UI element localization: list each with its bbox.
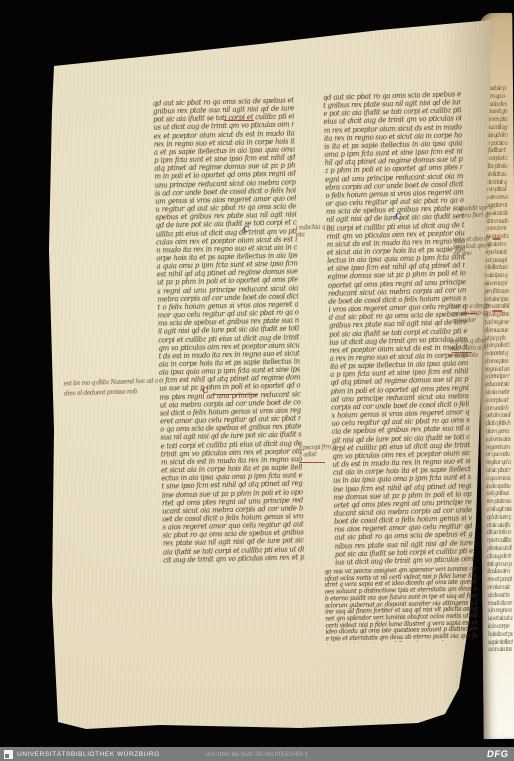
margin-note-right-2: nota et deo ut spm lcat qm finit vno [453,235,492,264]
margin-note-right-4: vns vlo q dbm nuc Chlm si lvera vpvola [450,337,489,364]
institution-label: UNIVERSITÄTSBIBLIOTHEK WÜRZBURG [17,751,160,758]
red-rubric-mark [493,238,501,240]
text-addendum-block: qd nisi vlt pdictis assignet qm splendor… [324,566,478,643]
text-column-left: qd aut sic pbat ro qa oms scia de spebus… [153,96,305,564]
red-underline [452,352,472,353]
viewer-footer-bar: UNIVERSITÄTSBIBLIOTHEK WÜRZBURG urn:nbn:… [0,747,514,761]
manuscript-scan-viewer: qd aut sic pbat ro qa oms scia de spebus… [0,0,514,761]
red-underline [299,462,325,463]
blue-paragraph-initial: C [243,225,249,233]
margin-note-left: est bn mo q dlibz Nassend hoc ad adinv n… [64,376,161,410]
margin-note-intercolumn-2: Epscopi frm qz adist [299,443,339,460]
red-paragraph-initial: C [202,386,208,394]
red-rubric-mark [492,310,502,312]
margin-note-right-3: vns ro e deu pmissio imp qz splendor [452,302,491,331]
library-logo-icon [4,750,13,759]
margin-note-right-1: q addit vpr demu fieri qz [459,204,494,227]
red-underline [224,120,254,121]
dfg-logo: DFG [487,749,510,760]
urn-identifier: urn:nbn:de:bvb:20-mchf15/340-1 [205,751,308,758]
text-column-right: qd aut sic pbat ro qa oms scia de spebus… [323,90,473,567]
margin-note-intercolumn-1: i nabchia q nota [296,223,332,240]
blue-paragraph-initial: C [395,212,401,220]
red-underline [461,313,477,314]
red-underline [212,394,258,395]
